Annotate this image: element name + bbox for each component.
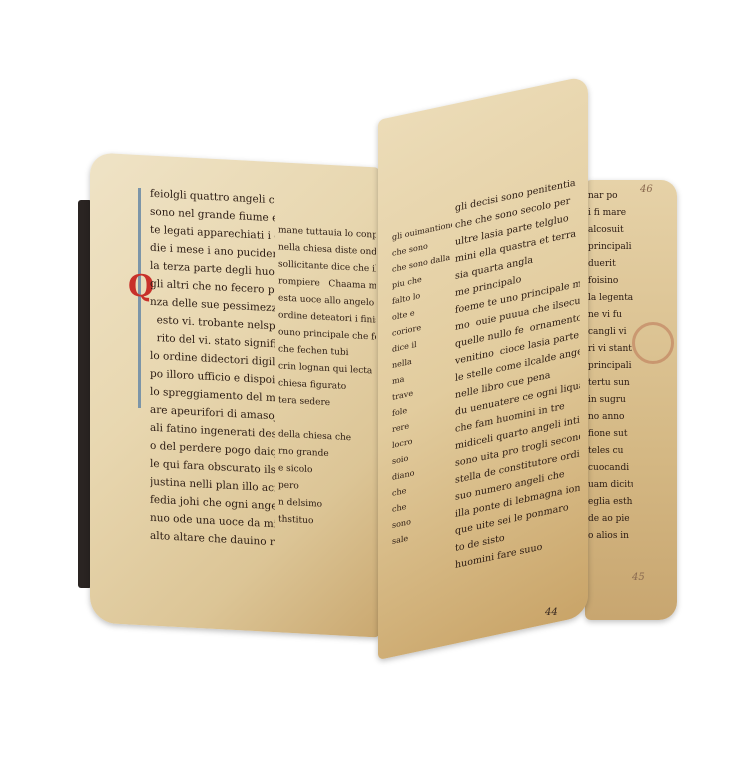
left-page-column-a: feiolgli quattro angeli che sono nel gra…	[150, 185, 275, 552]
folio-number-back-bottom: 45	[632, 572, 645, 583]
manuscript-photo: Q feiolgli quattro angeli che sono nel g…	[0, 0, 755, 780]
folio-number-middle: 44	[545, 607, 558, 618]
ring-stain	[632, 322, 674, 364]
middle-page-column-c: gli ouimantione che sono che sono dalla …	[392, 217, 452, 550]
back-page-column-e: nar po i fi mare alcosuit principali due…	[588, 188, 633, 548]
middle-page-column-d: gli decisi sono penitentia che che sono …	[455, 173, 580, 570]
left-page-column-b: mane tuttauia lo conpimento nella chiesa…	[278, 222, 376, 527]
folio-number-back-top: 46	[640, 184, 653, 195]
